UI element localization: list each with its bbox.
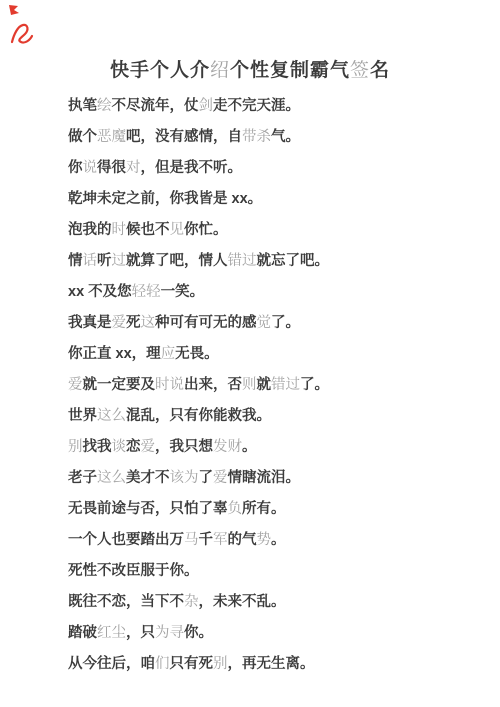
signature-line: 既往不恋，当下不杂，未来不乱。 — [68, 587, 480, 618]
text-segment: 快手个人介 — [110, 60, 210, 81]
text-segment: 这么 — [97, 470, 126, 486]
text-segment: 出来，否 — [184, 377, 242, 393]
text-segment: 吧，没有感情，自 — [126, 129, 242, 145]
signature-line: 从今往后，咱们只有死别，再无生离。 — [68, 649, 480, 680]
signature-line: 老子这么美才不该为了爱情瞎流泪。 — [68, 463, 480, 494]
text-segment: 你正直 xx，理 — [68, 346, 161, 362]
signature-line: 泡我的时候也不见你忙。 — [68, 215, 480, 246]
text-segment: 得很 — [97, 160, 126, 176]
text-segment: 觉 — [257, 315, 272, 331]
text-segment: 你。 — [184, 625, 213, 641]
text-segment: 所有。 — [242, 501, 286, 517]
text-segment: 带杀 — [242, 129, 271, 145]
text-segment: 爱 — [141, 439, 156, 455]
text-segment: 找我 — [83, 439, 112, 455]
text-segment: ，未来不乱。 — [199, 594, 286, 610]
text-segment: 混乱，只有你能救我。 — [126, 408, 271, 424]
text-segment: 轻轻 — [132, 284, 161, 300]
text-segment: 就忘了吧。 — [257, 253, 330, 269]
text-segment: 候也不 — [126, 222, 170, 238]
text-segment: 一个人也要踏出万 — [68, 532, 184, 548]
text-segment: 乾坤未定之前，你我皆是 xx。 — [68, 191, 262, 207]
text-segment: 们 — [155, 656, 170, 672]
text-segment: 名 — [370, 60, 390, 81]
text-segment: 千 — [199, 532, 214, 548]
text-segment: 踏破 — [68, 625, 97, 641]
text-segment: 则 — [242, 377, 257, 393]
text-segment: 恶魔 — [97, 129, 126, 145]
text-segment: 就算了吧，情人 — [126, 253, 228, 269]
document-page: 快手个人介绍个性复制霸气签名 执笔绘不尽流年，仗剑走不完天涯。做个恶魔吧，没有感… — [0, 0, 500, 707]
text-segment: 做个 — [68, 129, 97, 145]
red-annotation-marks — [5, 2, 39, 48]
text-segment: 这么 — [97, 408, 126, 424]
text-segment: 你忙。 — [184, 222, 228, 238]
text-segment: 的气 — [228, 532, 257, 548]
text-segment: 绍 — [210, 60, 230, 81]
text-segment: 就 — [257, 377, 272, 393]
text-segment: 泡我的 — [68, 222, 112, 238]
text-segment: 了。 — [300, 377, 329, 393]
text-segment: 就一定要及 — [83, 377, 156, 393]
text-segment: 了。 — [271, 315, 300, 331]
text-segment: 剑 — [199, 98, 214, 114]
signature-list: 执笔绘不尽流年，仗剑走不完天涯。做个恶魔吧，没有感情，自带杀气。你说得很对，但是… — [68, 91, 480, 680]
text-segment: 死性不改臣服于你。 — [68, 563, 199, 579]
text-segment: 对 — [126, 160, 141, 176]
text-segment: 军 — [213, 532, 228, 548]
text-segment: 恋 — [126, 439, 141, 455]
text-segment: 马 — [184, 532, 199, 548]
text-segment: 无畏前途与否，只怕了辜 — [68, 501, 228, 517]
signature-line: 踏破红尘，只为寻你。 — [68, 618, 480, 649]
text-segment: ，只 — [126, 625, 155, 641]
text-segment: 红尘 — [97, 625, 126, 641]
signature-line: 乾坤未定之前，你我皆是 xx。 — [68, 184, 480, 215]
signature-line: 世界这么混乱，只有你能救我。 — [68, 401, 480, 432]
text-segment: 这 — [141, 315, 156, 331]
text-segment: 错过 — [271, 377, 300, 393]
text-segment: 了 — [199, 470, 214, 486]
text-segment: 应 — [161, 346, 176, 362]
text-segment: 错过 — [228, 253, 257, 269]
text-segment: 爱 — [213, 470, 228, 486]
text-segment: 你 — [68, 160, 83, 176]
text-segment: 为寻 — [155, 625, 184, 641]
text-segment: 。 — [242, 439, 257, 455]
text-segment: 过 — [112, 253, 127, 269]
signature-line: 情话听过就算了吧，情人错过就忘了吧。 — [68, 246, 480, 277]
text-segment: 别 — [213, 656, 228, 672]
text-segment: 不尽流年，仗 — [112, 98, 199, 114]
text-segment: 爱 — [112, 315, 127, 331]
text-segment: 听 — [97, 253, 112, 269]
text-segment: 只有死 — [170, 656, 214, 672]
text-segment: 情瞎流泪。 — [228, 470, 301, 486]
signature-line: 死性不改臣服于你。 — [68, 556, 480, 587]
text-segment: 说 — [83, 160, 98, 176]
text-segment: 杂 — [184, 594, 199, 610]
text-segment: 话 — [83, 253, 98, 269]
text-segment: ，我只想 — [155, 439, 213, 455]
text-segment: 爱 — [68, 377, 83, 393]
signature-line: 别找我谈恋爱，我只想发财。 — [68, 432, 480, 463]
text-segment: 从今往后，咱 — [68, 656, 155, 672]
red-blob-mark — [9, 5, 19, 15]
text-segment: 。 — [271, 532, 286, 548]
text-segment: 美才不 — [126, 470, 170, 486]
text-segment: 时说 — [155, 377, 184, 393]
text-segment: 无畏。 — [175, 346, 219, 362]
text-segment: 签 — [350, 60, 370, 81]
text-segment: ，但是我不听。 — [141, 160, 243, 176]
signature-line: 爱就一定要及时说出来，否则就错过了。 — [68, 370, 480, 401]
text-segment: 老子 — [68, 470, 97, 486]
text-segment: 时 — [112, 222, 127, 238]
text-segment: ，再无生离。 — [228, 656, 315, 672]
signature-line: 做个恶魔吧，没有感情，自带杀气。 — [68, 122, 480, 153]
text-segment: 发财 — [213, 439, 242, 455]
page-title: 快手个人介绍个性复制霸气签名 — [0, 60, 500, 82]
text-segment: 谈 — [112, 439, 127, 455]
text-segment: 负 — [228, 501, 243, 517]
text-segment: 世界 — [68, 408, 97, 424]
text-segment: 别 — [68, 439, 83, 455]
text-segment: 一笑。 — [161, 284, 205, 300]
text-segment: 情 — [68, 253, 83, 269]
signature-line: 执笔绘不尽流年，仗剑走不完天涯。 — [68, 91, 480, 122]
signature-line: xx 不及您轻轻一笑。 — [68, 277, 480, 308]
text-segment: 既往不恋，当下不 — [68, 594, 184, 610]
text-segment: 我真是 — [68, 315, 112, 331]
signature-line: 无畏前途与否，只怕了辜负所有。 — [68, 494, 480, 525]
text-segment: 执笔 — [68, 98, 97, 114]
signature-line: 你说得很对，但是我不听。 — [68, 153, 480, 184]
text-segment: xx 不及您 — [68, 284, 132, 300]
signature-line: 你正直 xx，理应无畏。 — [68, 339, 480, 370]
text-segment: 该为 — [170, 470, 199, 486]
text-segment: 种可有可无的感 — [155, 315, 257, 331]
text-segment: 个性复制霸气 — [230, 60, 350, 81]
text-segment: 见 — [170, 222, 185, 238]
text-segment: 死 — [126, 315, 141, 331]
signature-line: 一个人也要踏出万马千军的气势。 — [68, 525, 480, 556]
red-squiggle-mark — [12, 25, 32, 43]
text-segment: 走不完天涯。 — [213, 98, 300, 114]
text-segment: 势 — [257, 532, 272, 548]
text-segment: 绘 — [97, 98, 112, 114]
signature-line: 我真是爱死这种可有可无的感觉了。 — [68, 308, 480, 339]
text-segment: 气。 — [271, 129, 300, 145]
